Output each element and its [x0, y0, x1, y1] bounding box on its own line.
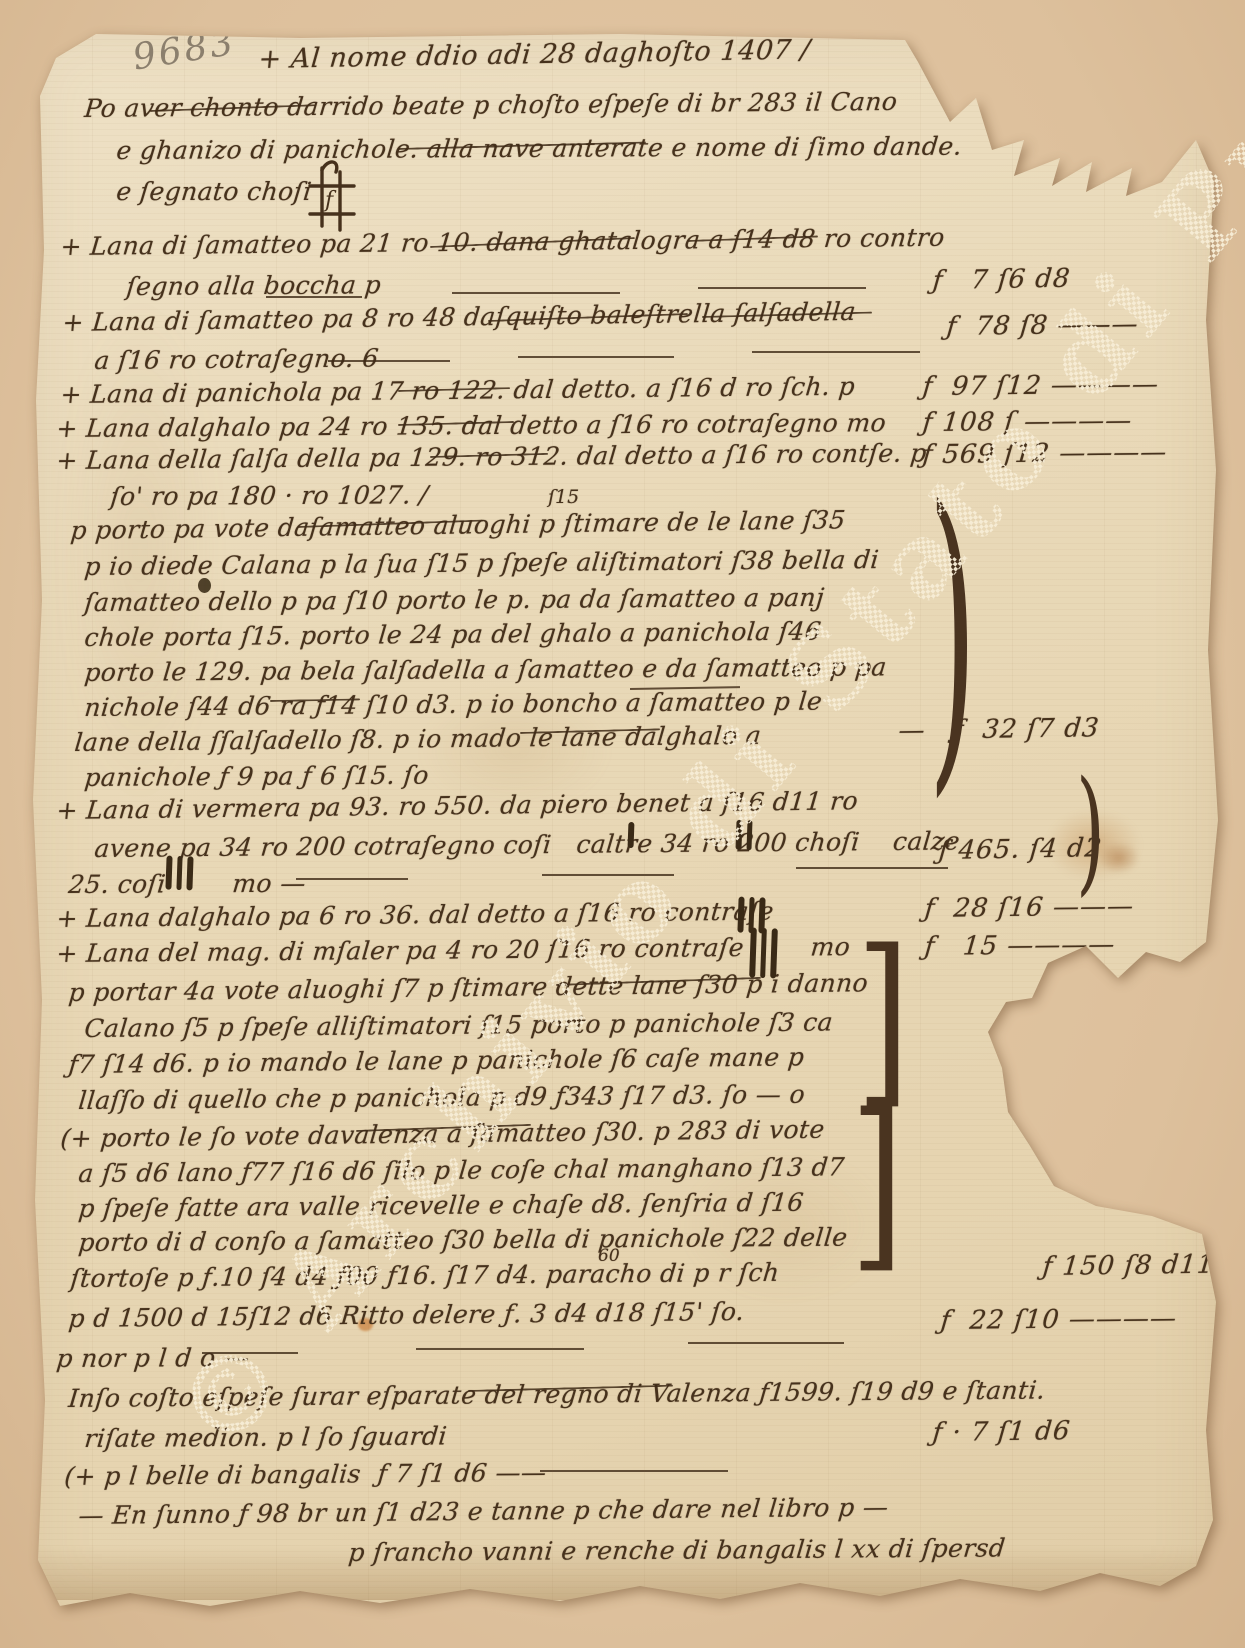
manuscript-line: + Lana dalghalo pa 24 ro 135. dal detto …: [55, 408, 887, 443]
superscript-insertion: 60: [598, 1246, 620, 1266]
ink-blot: [198, 578, 211, 593]
manuscript-line: 25. coſi mo —: [67, 869, 307, 899]
strikethrough-mark: [702, 312, 872, 318]
age-mottle: [60, 300, 220, 800]
svg-text:f: f: [323, 188, 337, 213]
heading-invocation-line: + Al nome ddio adi 28 daghoſto 1407 /: [257, 34, 812, 75]
manuscript-line: ſamatteo dello p pa ſ10 porto le p. pa d…: [83, 583, 826, 617]
filler-dash: [630, 686, 740, 690]
superscript-insertion: ſ15: [548, 486, 579, 508]
strikethrough-mark: [298, 520, 483, 528]
strikethrough-mark: [398, 421, 514, 426]
manuscript-line: p io diede Calana p la ſua ſ15 p ſpeſe a…: [83, 545, 880, 581]
manuscript-line: ſtortoſe p ƒ.10 ſ4 d4 ƒ00 ƒ16. ſ17 d4. p…: [69, 1258, 781, 1293]
manuscript-line: Po aver chonto darrido beate p choſto eſ…: [83, 87, 899, 123]
age-mottle: [680, 1150, 890, 1300]
amount-entry: ƒ 465. ſ4 d2: [937, 833, 1103, 866]
tally-marks: [165, 856, 193, 891]
amount-entry: ƒ 7 ſ6 d8: [931, 264, 1071, 296]
age-mottle: [420, 690, 610, 810]
tally-marks: [749, 928, 777, 979]
manuscript-line: (+ p l belle di bangalis ƒ 7 ſ1 d6 ——: [63, 1458, 548, 1491]
strikethrough-mark: [398, 142, 646, 150]
strikethrough-mark: [488, 313, 688, 322]
manuscript-line: + Lana di ſamatteo pa 21 ro 10. dana gha…: [59, 223, 946, 261]
amount-entry: ƒ 15 ————: [923, 930, 1117, 962]
filler-dash: [752, 351, 920, 353]
filler-dash: [328, 360, 450, 362]
manuscript-line: panichole ƒ 9 pa ƒ 6 ſ15. ſo: [83, 761, 430, 792]
manuscript-line: p porto pa vote daſamatteo aluoghi p ſti…: [69, 505, 846, 545]
manuscript-line: ſo' ro pa 180 · ro 1027. /: [109, 480, 430, 511]
manuscript-line: chole porta ſ15. porto le 24 pa del ghal…: [83, 617, 822, 652]
manuscript-scan-page: 9683 + Al nome ddio adi 28 daghoſto 1407…: [0, 0, 1245, 1648]
filler-dash: [296, 878, 408, 880]
manuscript-line: e ghanizo di panichole. alla nave antera…: [115, 132, 963, 165]
manuscript-line: a ſ16 ro cotraſegno. 6: [93, 344, 380, 376]
manuscript-line: e ſegnato choſi: [115, 177, 313, 206]
filler-dash: [266, 296, 362, 298]
group-paren: ): [1076, 778, 1105, 883]
strikethrough-mark: [468, 1385, 673, 1392]
manuscript-line: lane della ſſalſadello ſ8. p io mado le …: [73, 721, 762, 757]
strikethrough-mark: [398, 387, 510, 392]
foxing-stain: [1098, 842, 1140, 874]
filler-dash: [518, 356, 674, 358]
manuscript-line: + Lana di panichola pa 17 ro 122. dal de…: [59, 372, 856, 409]
tally-marks: [737, 897, 765, 934]
manuscript-line: + Lana della ſalſa della pa 129. ro 312.…: [55, 438, 928, 475]
amount-entry: ƒ 150 ſ8 d11: [1041, 1250, 1216, 1282]
manuscript-line: p portar 4a vote aluoghi ſ7 p ſtimare de…: [67, 968, 869, 1007]
filler-dash: [796, 867, 948, 869]
manuscript-line: p ſrancho vanni e renche di bangalis l x…: [347, 1533, 1007, 1567]
manuscript-line: + Lana di ſamatteo pa 8 ro 48 daſquiſto …: [61, 297, 857, 337]
foxing-stain: [1046, 810, 1141, 880]
amount-entry: ƒ 22 ſ10 ————: [939, 1304, 1178, 1337]
deckle-edge-shadow: [30, 1545, 1210, 1600]
manuscript-line: p d 1500 d 15ſ12 d6 Ritto delere ƒ. 3 d4…: [67, 1297, 746, 1333]
filler-dash: [416, 1348, 584, 1350]
amount-entry: ƒ · 7 ſ1 d6: [931, 1416, 1072, 1448]
group-bracket: ]: [856, 946, 910, 1090]
strikethrough-mark: [688, 235, 818, 242]
filler-dash: [452, 292, 620, 294]
group-bracket: ]: [850, 1110, 904, 1254]
manuscript-line: — En ſunno ƒ 98 br un ſ1 d23 e tanne p c…: [77, 1493, 890, 1531]
filler-dash: [688, 1342, 844, 1344]
filler-dash: [540, 1470, 728, 1472]
strikethrough-mark: [430, 453, 548, 458]
strikethrough-mark: [430, 237, 635, 248]
amount-entry: ƒ 28 ſ16 ———: [923, 891, 1135, 924]
manuscript-line: porto di d conſo a ſamatteo ſ30 bella di…: [77, 1223, 849, 1257]
amount-entry: — ƒ 32 ſ7 d3: [897, 713, 1101, 746]
merchant-mark-icon: f: [298, 156, 364, 234]
manuscript-line: ſegno alla boccha p: [125, 270, 382, 301]
strikethrough-mark: [150, 104, 315, 112]
catalog-number: 9683: [130, 22, 239, 79]
manuscript-line: + Lana del mag. di mſaler pa 4 ro 20 ſ16…: [55, 932, 851, 968]
filler-dash: [698, 287, 866, 289]
strikethrough-mark: [270, 698, 360, 702]
strikethrough-mark: [520, 728, 660, 734]
manuscript-line: avene pa 34 ro 200 cotraſegno coſi caltr…: [93, 826, 961, 863]
